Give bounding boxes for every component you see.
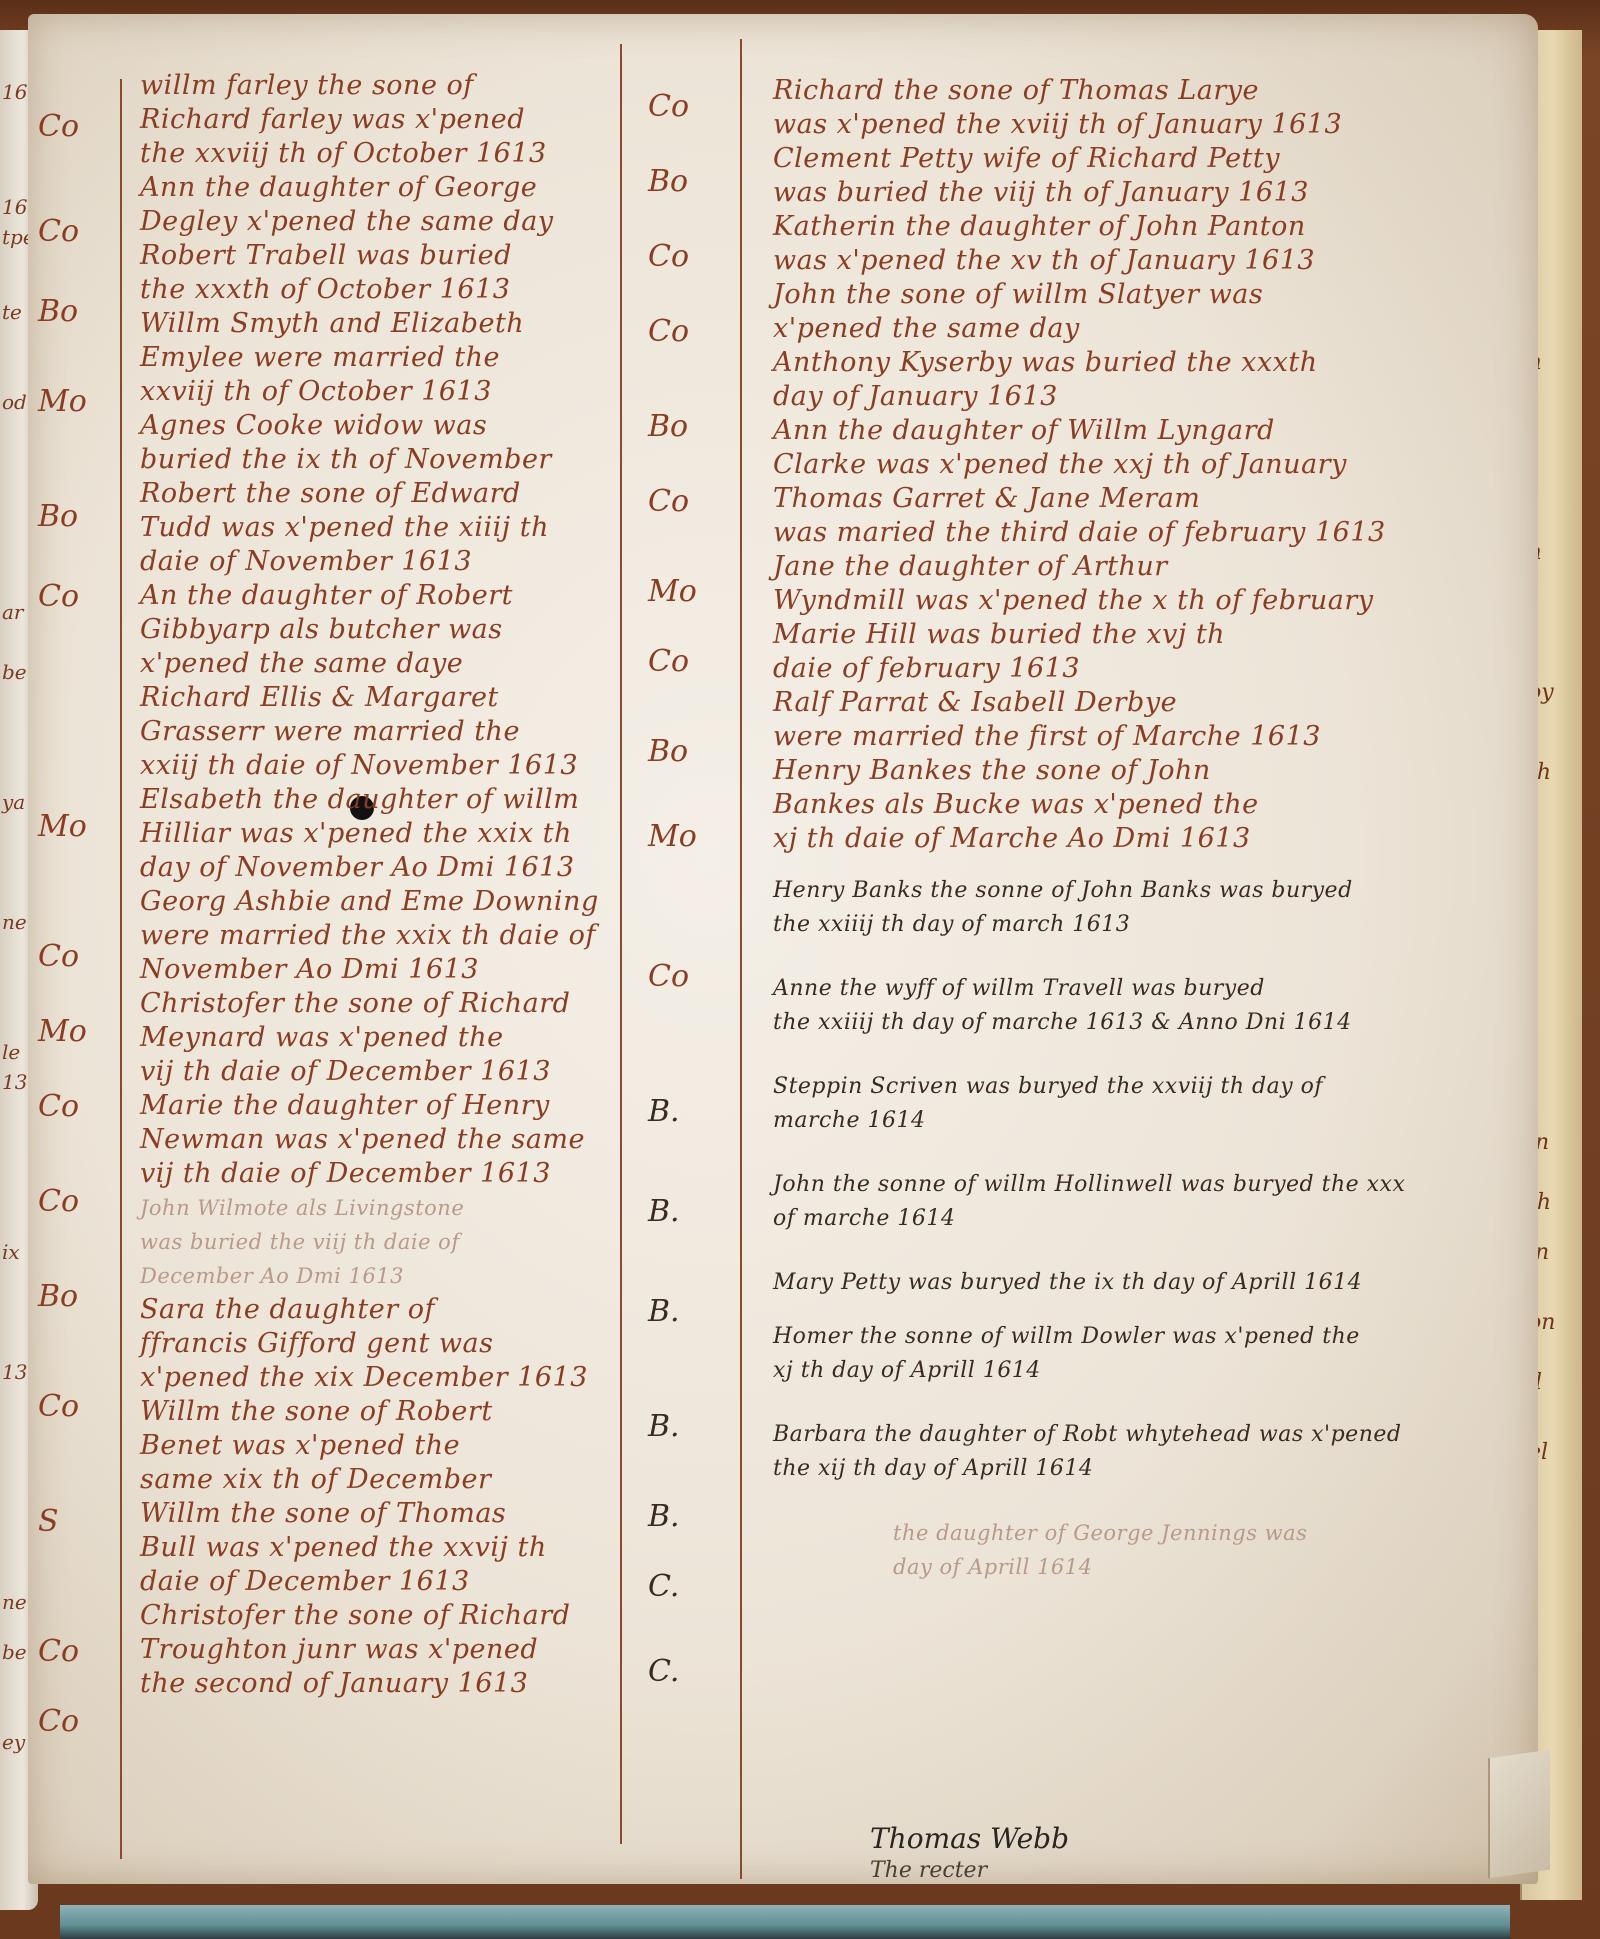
register-entry: Anthony Kyserby was buried the xxxth day… xyxy=(773,346,1553,414)
entry-type-mark: S xyxy=(38,1504,59,1539)
entry-type-mark: Co xyxy=(38,579,79,614)
entry-line: was buried the viij th of January 1613 xyxy=(773,176,1553,210)
entry-line: Bankes als Bucke was x'pened the xyxy=(773,788,1553,822)
entry-type-mark: B. xyxy=(648,1094,680,1129)
entry-line: Hilliar was x'pened the xxix th xyxy=(140,817,640,851)
entry-line: daie of february 1613 xyxy=(773,652,1553,686)
entry-type-mark: Co xyxy=(648,484,689,519)
entry-type-mark: Co xyxy=(648,959,689,994)
entry-line: Steppin Scriven was buryed the xxviij th… xyxy=(773,1070,1553,1104)
entry-line: Grasserr were married the xyxy=(140,715,640,749)
faded-line: the daughter of George Jennings was xyxy=(893,1516,1553,1550)
register-entry: Henry Bankes the sone of John Bankes als… xyxy=(773,754,1553,856)
entry-line: Robert the sone of Edward xyxy=(140,477,640,511)
entry-type-mark: Mo xyxy=(648,574,697,609)
entry-type-mark: B. xyxy=(648,1409,680,1444)
left-leaf-fragment: te xyxy=(2,300,22,324)
entry-line: the xxiiij th day of march 1613 xyxy=(773,908,1553,942)
entry-type-mark: Mo xyxy=(38,384,87,419)
entry-line: vij th daie of December 1613 xyxy=(140,1157,640,1191)
register-entry-later: Barbara the daughter of Robt whytehead w… xyxy=(773,1418,1553,1486)
entry-line: the xxxth of October 1613 xyxy=(140,273,640,307)
left-leaf-fragment: ar xyxy=(2,600,23,624)
entry-type-mark: B. xyxy=(648,1499,680,1534)
entry-line: willm farley the sone of xyxy=(140,69,640,103)
entry-type-mark: Mo xyxy=(38,1014,87,1049)
left-leaf-fragment: 13 xyxy=(2,1360,27,1384)
entry-line: Emylee were married the xyxy=(140,341,640,375)
register-entry-later: John the sonne of willm Hollinwell was b… xyxy=(773,1168,1553,1236)
left-leaf-fragment: 16 xyxy=(2,80,27,104)
entry-type-mark: Co xyxy=(38,939,79,974)
entry-line: Troughton junr was x'pened xyxy=(140,1633,640,1667)
register-entry: Clement Petty wife of Richard Petty was … xyxy=(773,142,1553,210)
entry-type-mark: Bo xyxy=(648,734,688,769)
entry-line: xj th daie of Marche Ao Dmi 1613 xyxy=(773,822,1553,856)
entry-type-mark: Co xyxy=(38,1389,79,1424)
left-leaf-fragment: ya xyxy=(2,790,25,814)
register-entry-later: Henry Banks the sonne of John Banks was … xyxy=(773,874,1553,942)
entry-line: Mary Petty was buryed the ix th day of A… xyxy=(773,1266,1553,1300)
entry-type-mark: B. xyxy=(648,1294,680,1329)
entry-line: Clement Petty wife of Richard Petty xyxy=(773,142,1553,176)
register-page: Co Co Bo Mo Bo Co Mo Co Mo Co Co Bo Co S… xyxy=(28,14,1538,1884)
register-entry: Robert the sone of Edward Tudd was x'pen… xyxy=(140,477,640,579)
register-entry: Thomas Garret & Jane Meram was maried th… xyxy=(773,482,1553,550)
rector-signature: Thomas Webb xyxy=(870,1822,1069,1855)
entry-type-mark: Co xyxy=(648,314,689,349)
entry-line: was x'pened the xv th of January 1613 xyxy=(773,244,1553,278)
entry-line: Willm Smyth and Elizabeth xyxy=(140,307,640,341)
entry-line: Ralf Parrat & Isabell Derbye xyxy=(773,686,1553,720)
register-entry: Marie Hill was buried the xvj th daie of… xyxy=(773,618,1553,686)
register-entry: Georg Ashbie and Eme Downing were marrie… xyxy=(140,885,640,987)
left-leaf-fragment: ey xyxy=(2,1730,25,1754)
entry-type-mark: Co xyxy=(648,239,689,274)
register-entry: John Wilmote als Livingstone was buried … xyxy=(140,1191,640,1293)
register-entry: Agnes Cooke widow was buried the ix th o… xyxy=(140,409,640,477)
entry-line: Gibbyarp als butcher was xyxy=(140,613,640,647)
left-leaf-fragment: le xyxy=(2,1040,20,1064)
rector-title: The recter xyxy=(870,1858,987,1883)
entry-line: the second of January 1613 xyxy=(140,1667,640,1701)
entry-line: Elsabeth the daughter of willm xyxy=(140,783,640,817)
page-corner-fold xyxy=(1488,1750,1550,1879)
entry-line: Richard the sone of Thomas Larye xyxy=(773,74,1553,108)
register-entry: Ralf Parrat & Isabell Derbye were marrie… xyxy=(773,686,1553,754)
entry-line: Bull was x'pened the xxvij th xyxy=(140,1531,640,1565)
entry-line: the xxviij th of October 1613 xyxy=(140,137,640,171)
entry-line: Newman was x'pened the same xyxy=(140,1123,640,1157)
register-entry: Katherin the daughter of John Panton was… xyxy=(773,210,1553,278)
entry-type-mark: Mo xyxy=(648,819,697,854)
left-margin-rule xyxy=(120,79,122,1859)
entry-line: was x'pened the xviij th of January 1613 xyxy=(773,108,1553,142)
faded-line: day of Aprill 1614 xyxy=(893,1550,1553,1584)
entry-line: Wyndmill was x'pened the x th of februar… xyxy=(773,584,1553,618)
entry-line: Tudd was x'pened the xiiij th xyxy=(140,511,640,545)
entry-line: Jane the daughter of Arthur xyxy=(773,550,1553,584)
entry-type-mark: C. xyxy=(648,1654,679,1689)
center-divider-rule-2 xyxy=(740,39,742,1879)
entry-line: day of January 1613 xyxy=(773,380,1553,414)
register-entry: Elsabeth the daughter of willm Hilliar w… xyxy=(140,783,640,885)
entry-line: Henry Banks the sonne of John Banks was … xyxy=(773,874,1553,908)
register-entry: Ann the daughter of Willm Lyngard Clarke… xyxy=(773,414,1553,482)
entry-type-mark: Co xyxy=(38,214,79,249)
entry-type-mark: Co xyxy=(648,89,689,124)
entry-line: the xij th day of Aprill 1614 xyxy=(773,1452,1553,1486)
register-entry: Richard Ellis & Margaret Grasserr were m… xyxy=(140,681,640,783)
entry-line: Clarke was x'pened the xxj th of January xyxy=(773,448,1553,482)
left-leaf-fragment: 16 xyxy=(2,195,27,219)
entry-line: Anne the wyff of willm Travell was burye… xyxy=(773,972,1553,1006)
entry-line: was maried the third daie of february 16… xyxy=(773,516,1553,550)
entry-line: daie of December 1613 xyxy=(140,1565,640,1599)
entry-line: were married the xxix th daie of xyxy=(140,919,640,953)
left-leaf-fragment: 13 xyxy=(2,1070,27,1094)
entry-line: John the sone of willm Slatyer was xyxy=(773,278,1553,312)
entry-line: was buried the viij th daie of xyxy=(140,1225,640,1259)
entry-line: Willm the sone of Thomas xyxy=(140,1497,640,1531)
entry-line: marche 1614 xyxy=(773,1104,1553,1138)
entry-line: Homer the sonne of willm Dowler was x'pe… xyxy=(773,1320,1553,1354)
register-entry: Robert Trabell was buried the xxxth of O… xyxy=(140,239,640,307)
entry-line: day of November Ao Dmi 1613 xyxy=(140,851,640,885)
entry-line: buried the ix th of November xyxy=(140,443,640,477)
entry-line: Barbara the daughter of Robt whytehead w… xyxy=(773,1418,1553,1452)
left-leaf-fragment: ne xyxy=(2,1590,27,1614)
entry-type-mark: Co xyxy=(38,109,79,144)
entry-line: Marie Hill was buried the xvj th xyxy=(773,618,1553,652)
entry-line: the xxiiij th day of marche 1613 & Anno … xyxy=(773,1006,1553,1040)
entry-line: Richard farley was x'pened xyxy=(140,103,640,137)
entry-line: xxiij th daie of November 1613 xyxy=(140,749,640,783)
register-entry-later: Homer the sonne of willm Dowler was x'pe… xyxy=(773,1320,1553,1388)
register-entry-later: Steppin Scriven was buryed the xxviij th… xyxy=(773,1070,1553,1138)
entry-line: Agnes Cooke widow was xyxy=(140,409,640,443)
entry-line: vij th daie of December 1613 xyxy=(140,1055,640,1089)
left-column-entries: willm farley the sone of Richard farley … xyxy=(140,69,640,1701)
entry-type-mark: Bo xyxy=(648,409,688,444)
register-entry: Marie the daughter of Henry Newman was x… xyxy=(140,1089,640,1191)
entry-line: Christofer the sone of Richard xyxy=(140,987,640,1021)
register-entry: Ann the daughter of George Degley x'pene… xyxy=(140,171,640,239)
entry-type-mark: Mo xyxy=(38,809,87,844)
entry-line: ffrancis Gifford gent was xyxy=(140,1327,640,1361)
entry-line: December Ao Dmi 1613 xyxy=(140,1259,640,1293)
left-leaf-fragment: ne xyxy=(2,910,27,934)
register-entry: Willm the sone of Robert Benet was x'pen… xyxy=(140,1395,640,1497)
register-entry: Christofer the sone of Richard Troughton… xyxy=(140,1599,640,1701)
entry-type-mark: Co xyxy=(38,1089,79,1124)
entry-line: Georg Ashbie and Eme Downing xyxy=(140,885,640,919)
entry-line: x'pened the same daye xyxy=(140,647,640,681)
register-entry-later: Anne the wyff of willm Travell was burye… xyxy=(773,972,1553,1040)
left-leaf-fragment: be xyxy=(2,660,27,684)
entry-line: Meynard was x'pened the xyxy=(140,1021,640,1055)
entry-type-mark: Bo xyxy=(38,499,78,534)
entry-line: were married the first of Marche 1613 xyxy=(773,720,1553,754)
entry-type-mark: Co xyxy=(38,1634,79,1669)
entry-type-mark: C. xyxy=(648,1569,679,1604)
entry-line: John the sonne of willm Hollinwell was b… xyxy=(773,1168,1553,1202)
entry-line: Benet was x'pened the xyxy=(140,1429,640,1463)
entry-line: Richard Ellis & Margaret xyxy=(140,681,640,715)
book-binding-strip xyxy=(60,1905,1510,1939)
entry-line: of marche 1614 xyxy=(773,1202,1553,1236)
register-entry: Willm Smyth and Elizabeth Emylee were ma… xyxy=(140,307,640,409)
register-entry: Willm the sone of Thomas Bull was x'pene… xyxy=(140,1497,640,1599)
entry-line: Christofer the sone of Richard xyxy=(140,1599,640,1633)
left-leaf-fragment: ix xyxy=(2,1240,20,1264)
entry-type-mark: Co xyxy=(38,1704,79,1739)
entry-type-mark: Bo xyxy=(38,1279,78,1314)
entry-line: Willm the sone of Robert xyxy=(140,1395,640,1429)
entry-line: x'pened the same day xyxy=(773,312,1553,346)
entry-line: Katherin the daughter of John Panton xyxy=(773,210,1553,244)
left-leaf-fragment: be xyxy=(2,1640,27,1664)
entry-line: Degley x'pened the same day xyxy=(140,205,640,239)
register-entry: Jane the daughter of Arthur Wyndmill was… xyxy=(773,550,1553,618)
entry-line: daie of November 1613 xyxy=(140,545,640,579)
entry-line: November Ao Dmi 1613 xyxy=(140,953,640,987)
entry-line: Anthony Kyserby was buried the xxxth xyxy=(773,346,1553,380)
entry-line: Ann the daughter of Willm Lyngard xyxy=(773,414,1553,448)
faded-entry: the daughter of George Jennings was day … xyxy=(773,1516,1553,1584)
register-entry: John the sone of willm Slatyer was x'pen… xyxy=(773,278,1553,346)
entry-type-mark: Co xyxy=(38,1184,79,1219)
entry-line: Henry Bankes the sone of John xyxy=(773,754,1553,788)
entry-line: Robert Trabell was buried xyxy=(140,239,640,273)
entry-line: Thomas Garret & Jane Meram xyxy=(773,482,1553,516)
entry-type-mark: B. xyxy=(648,1194,680,1229)
register-entry: willm farley the sone of Richard farley … xyxy=(140,69,640,171)
register-entry-later: Mary Petty was buryed the ix th day of A… xyxy=(773,1266,1553,1300)
entry-line: Ann the daughter of George xyxy=(140,171,640,205)
register-entry: Sara the daughter of ffrancis Gifford ge… xyxy=(140,1293,640,1395)
entry-line: xxviij th of October 1613 xyxy=(140,375,640,409)
register-entry: Christofer the sone of Richard Meynard w… xyxy=(140,987,640,1089)
right-column-entries: Richard the sone of Thomas Larye was x'p… xyxy=(773,74,1553,1584)
left-leaf-fragment: od xyxy=(2,390,27,414)
entry-line: Sara the daughter of xyxy=(140,1293,640,1327)
entry-line: x'pened the xix December 1613 xyxy=(140,1361,640,1395)
entry-type-mark: Co xyxy=(648,644,689,679)
entry-type-mark: Bo xyxy=(648,164,688,199)
entry-line: John Wilmote als Livingstone xyxy=(140,1191,640,1225)
register-entry: Richard the sone of Thomas Larye was x'p… xyxy=(773,74,1553,142)
entry-line: xj th day of Aprill 1614 xyxy=(773,1354,1553,1388)
entry-line: same xix th of December xyxy=(140,1463,640,1497)
entry-line: Marie the daughter of Henry xyxy=(140,1089,640,1123)
entry-type-mark: Bo xyxy=(38,294,78,329)
entry-line: An the daughter of Robert xyxy=(140,579,640,613)
register-entry: An the daughter of Robert Gibbyarp als b… xyxy=(140,579,640,681)
